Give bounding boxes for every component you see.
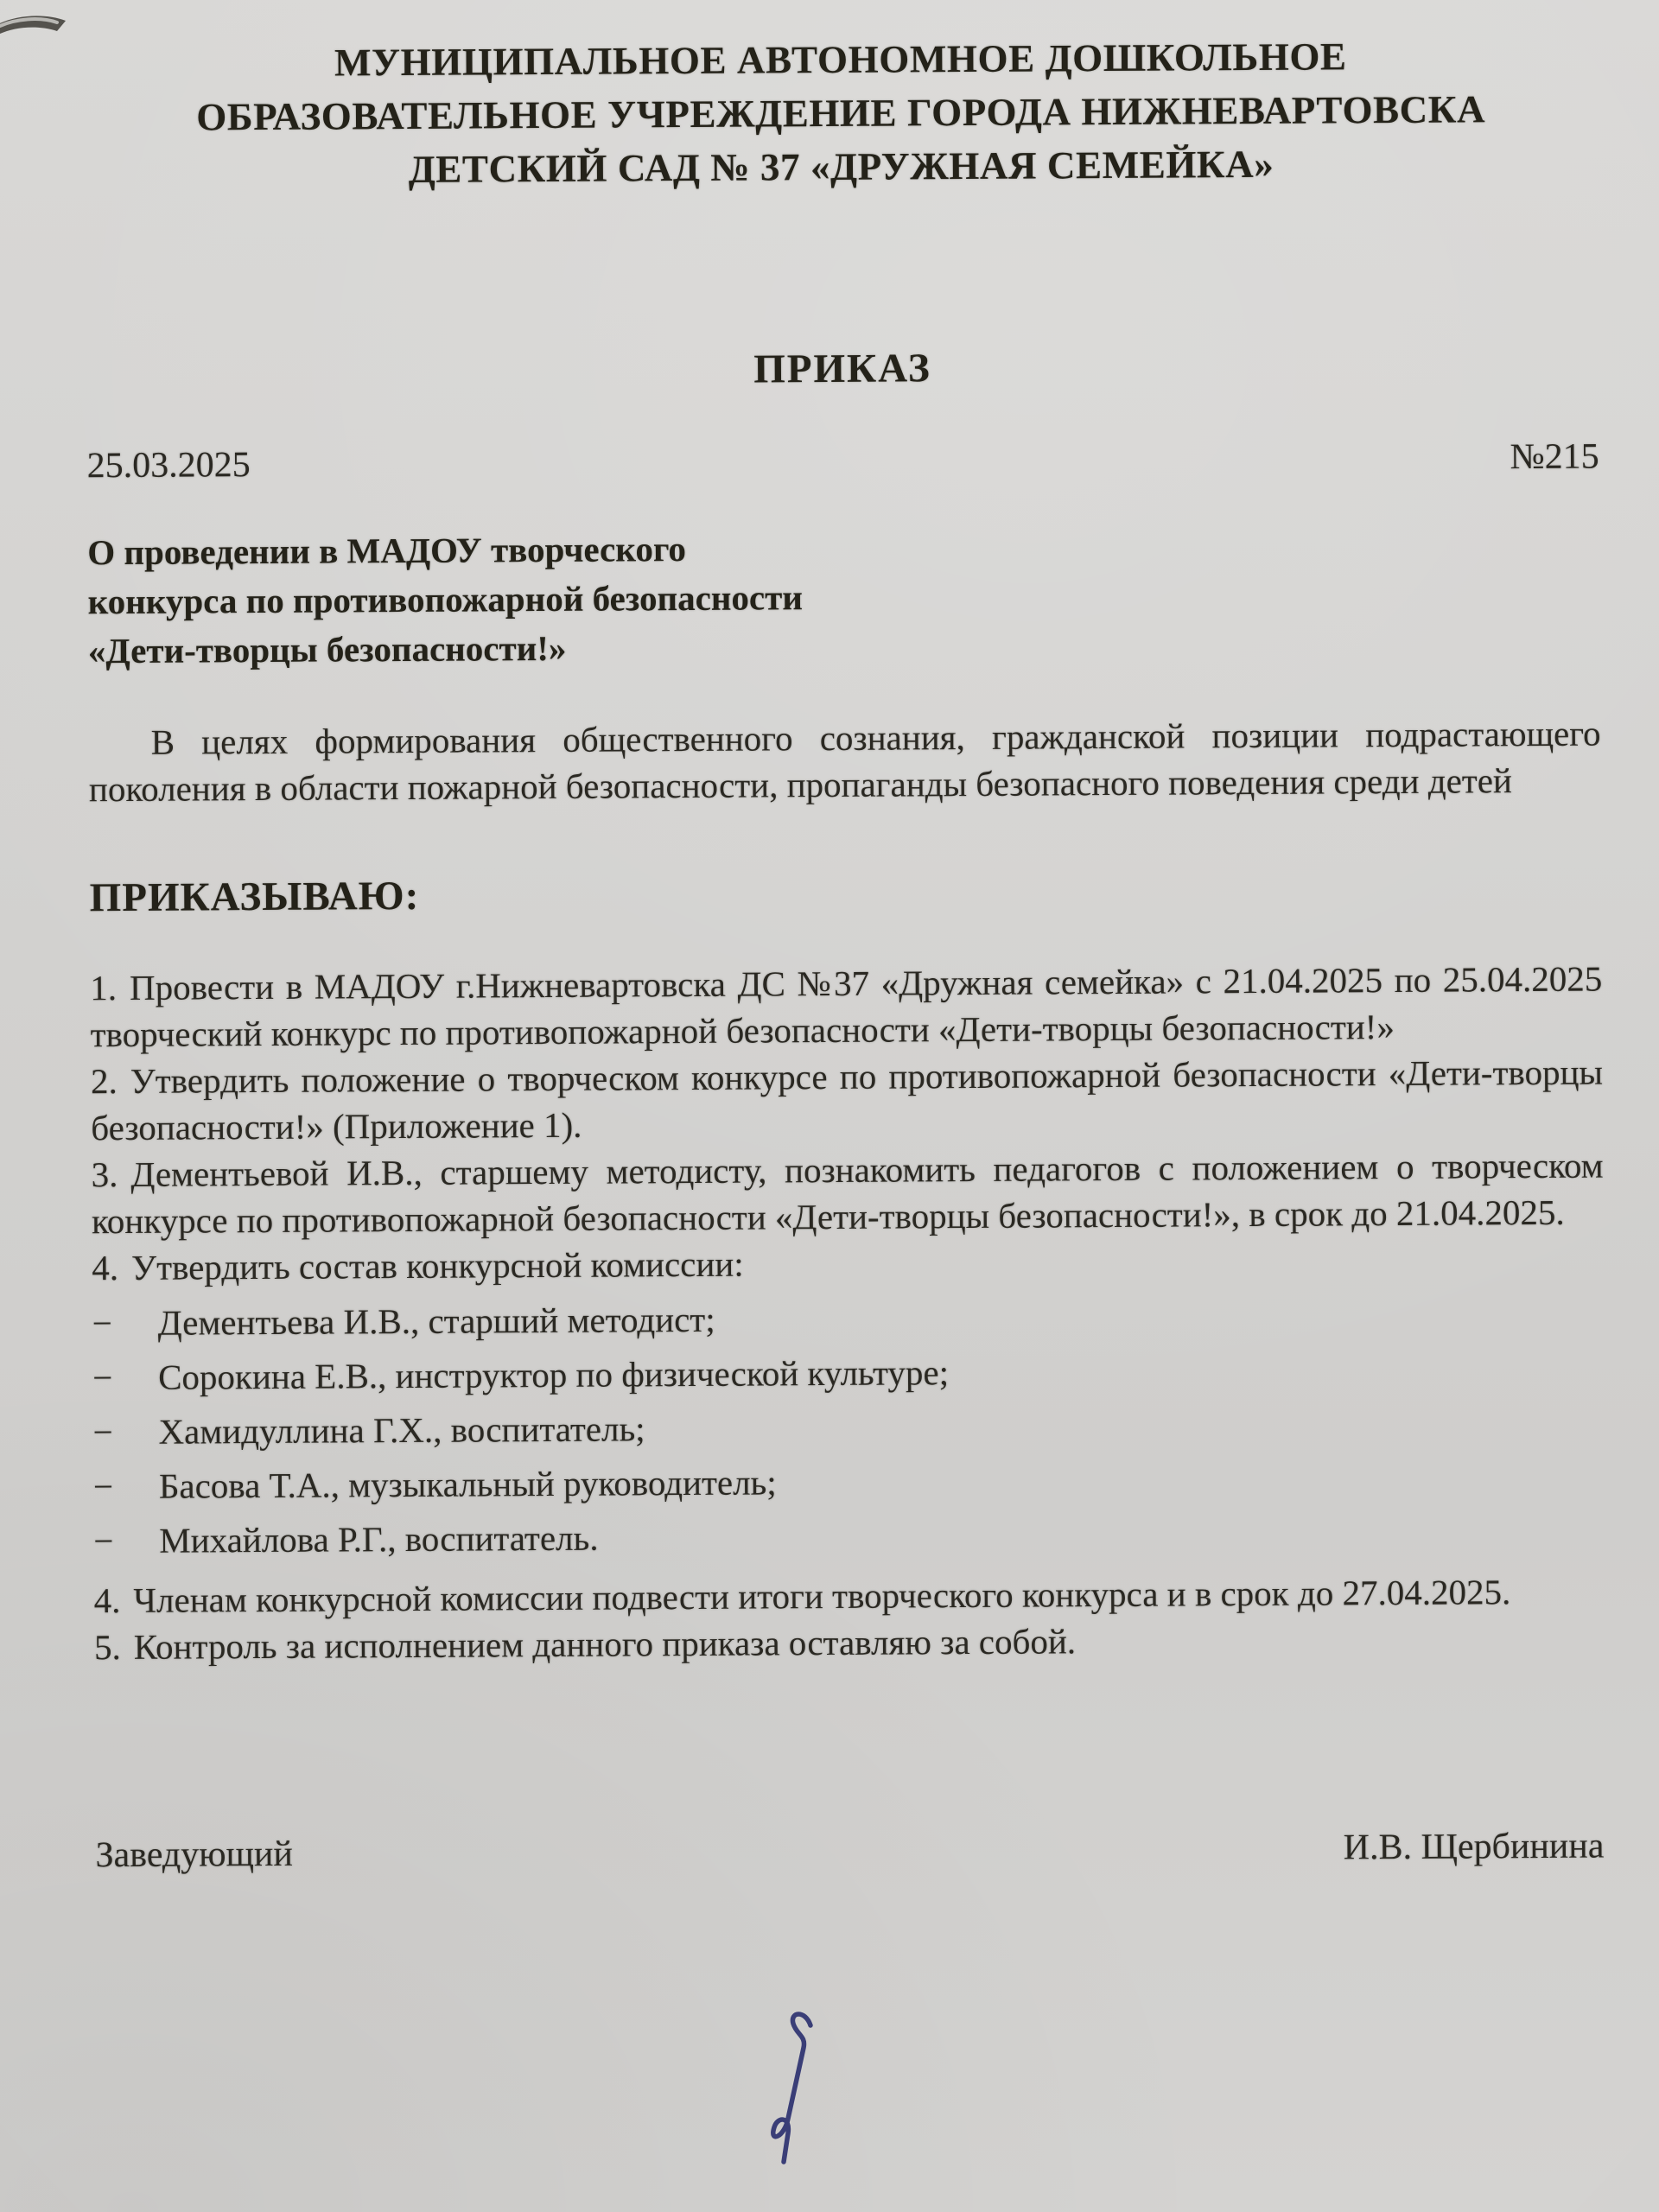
org-name-line: МУНИЦИПАЛЬНОЕ АВТОНОМНОЕ ДОШКОЛЬНОЕ (85, 29, 1597, 92)
list-dash-marker: − (92, 1300, 158, 1346)
order-item: 4.Членам конкурсной комиссии подвести ит… (94, 1568, 1606, 1624)
order-item-text: Утвердить состав конкурсной комиссии: (131, 1244, 744, 1287)
commission-member-text: Дементьева И.В., старший методист; (158, 1296, 715, 1346)
commission-member: −Басова Т.А., музыкальный руководитель; (93, 1454, 1605, 1518)
signer-position-label: Заведующий (95, 1834, 293, 1876)
document-content: МУНИЦИПАЛЬНОЕ АВТОНОМНОЕ ДОШКОЛЬНОЕ ОБРА… (0, 0, 1659, 1877)
org-name: МУНИЦИПАЛЬНОЕ АВТОНОМНОЕ ДОШКОЛЬНОЕ ОБРА… (85, 29, 1598, 199)
list-dash-marker: − (93, 1517, 159, 1564)
order-item-number: 4. (92, 1248, 118, 1287)
order-item: 4.Утвердить состав конкурсной комиссии: (92, 1236, 1604, 1292)
order-item-number: 5. (94, 1627, 121, 1667)
commission-member: −Хамидуллина Г.Х., воспитатель; (92, 1400, 1605, 1464)
preamble-paragraph: В целях формирования общественного созна… (88, 710, 1601, 813)
order-items: 1.Провести в МАДОУ г.Нижневартовска ДС №… (90, 956, 1606, 1671)
commission-member-text: Сорокина Е.В., инструктор по физической … (158, 1349, 949, 1401)
order-item-text: Провести в МАДОУ г.Нижневартовска ДС №37… (91, 959, 1603, 1055)
signer-name: И.В. Щербинина (1344, 1826, 1605, 1869)
order-meta-row: 25.03.2025 №215 (87, 436, 1599, 487)
subject-line: конкурса по противопожарной безопасности (87, 569, 1599, 627)
order-item-number: 4. (94, 1580, 121, 1620)
order-item: 5.Контроль за исполнением данного приказ… (94, 1615, 1606, 1671)
order-item: 3.Дементьевой И.В., старшему методисту, … (92, 1142, 1605, 1245)
document-type-title: ПРИКАЗ (86, 341, 1599, 397)
order-date: 25.03.2025 (87, 444, 251, 486)
order-item-text: Членам конкурсной комиссии подвести итог… (133, 1572, 1510, 1620)
commission-member: −Михайлова Р.Г., воспитатель. (93, 1509, 1605, 1573)
commission-member-list: −Дементьева И.В., старший методист; −Сор… (92, 1291, 1606, 1573)
order-item-text: Контроль за исполнением данного приказа … (134, 1621, 1077, 1667)
order-item: 2.Утвердить положение о творческом конку… (91, 1049, 1604, 1152)
list-dash-marker: − (92, 1354, 158, 1401)
commission-member-text: Хамидуллина Г.Х., воспитатель; (158, 1405, 645, 1454)
order-subject: О проведении в МАДОУ творческого конкурс… (87, 519, 1600, 677)
order-item-number: 2. (91, 1061, 118, 1101)
order-number: №215 (1510, 436, 1599, 479)
commission-member-text: Михайлова Р.Г., воспитатель. (159, 1515, 599, 1564)
handwritten-signature (753, 2006, 840, 2175)
org-name-line: ДЕТСКИЙ САД № 37 «ДРУЖНАЯ СЕМЕЙКА» (85, 136, 1597, 199)
commission-member: −Дементьева И.В., старший методист; (92, 1291, 1605, 1355)
order-item-number: 3. (92, 1154, 118, 1194)
order-item-text: Утвердить положение о творческом конкурс… (91, 1052, 1603, 1148)
list-dash-marker: − (93, 1463, 159, 1510)
commission-member-text: Басова Т.А., музыкальный руководитель; (159, 1459, 777, 1509)
list-dash-marker: − (92, 1408, 158, 1455)
decree-word: ПРИКАЗЫВАЮ: (90, 866, 1602, 922)
signature-row: Заведующий И.В. Щербинина (95, 1826, 1607, 1877)
order-item-text: Дементьевой И.В., старшему методисту, по… (92, 1146, 1604, 1242)
commission-member: −Сорокина Е.В., инструктор по физической… (92, 1345, 1605, 1409)
order-item-number: 1. (90, 968, 117, 1007)
subject-line: «Дети-творцы безопасности!» (88, 618, 1600, 677)
order-item: 1.Провести в МАДОУ г.Нижневартовска ДС №… (90, 956, 1603, 1058)
document-page: МУНИЦИПАЛЬНОЕ АВТОНОМНОЕ ДОШКОЛЬНОЕ ОБРА… (0, 0, 1659, 2212)
org-name-line: ОБРАЗОВАТЕЛЬНОЕ УЧРЕЖДЕНИЕ ГОРОДА НИЖНЕВ… (85, 82, 1597, 145)
subject-line: О проведении в МАДОУ творческого (87, 519, 1599, 578)
